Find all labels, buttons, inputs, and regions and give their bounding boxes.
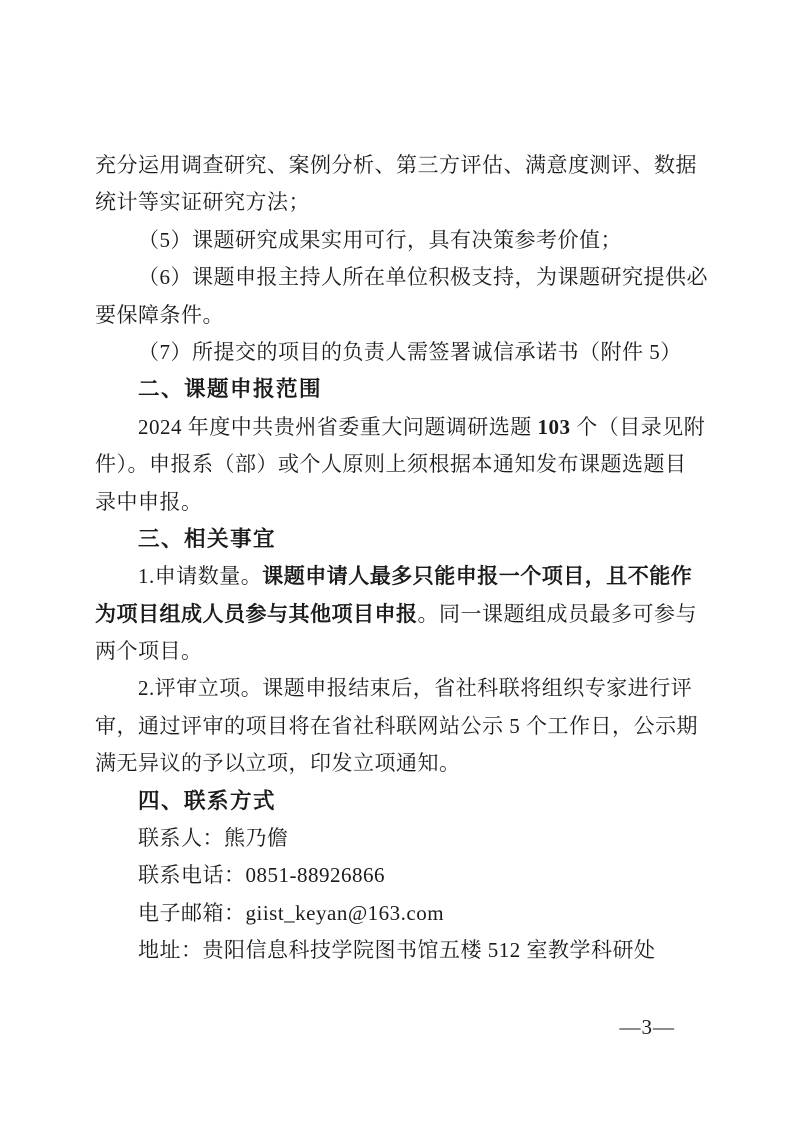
text-segment: 满无异议的予以立项，印发立项通知。 [95,751,461,775]
text-line: 为项目组成人员参与其他项目申报。同一课题组成员最多可参与 [95,596,710,633]
text-line: （7）所提交的项目的负责人需签署诚信承诺书（附件 5） [95,334,710,371]
text-line: 统计等实证研究方法； [95,184,710,221]
page-number: —3— [620,1014,676,1040]
text-segment: （6）课题申报主持人所在单位积极支持，为课题研究提供必 [138,265,708,289]
text-line: 充分运用调查研究、案例分析、第三方评估、满意度测评、数据 [95,147,710,184]
text-segment: 二、课题申报范围 [138,377,322,401]
section-heading: 二、课题申报范围 [95,371,710,408]
text-line: 地址：贵阳信息科技学院图书馆五楼 512 室教学科研处 [95,932,710,969]
text-line: 两个项目。 [95,633,710,670]
text-line: 审，通过评审的项目将在省社科联网站公示 5 个工作日，公示期 [95,708,710,745]
text-line: 1.申请数量。课题申请人最多只能申报一个项目，且不能作 [95,558,710,595]
text-segment: 要保障条件。 [95,303,224,327]
text-segment: 录中申报。 [95,490,203,514]
text-segment: 1.申请数量。 [138,564,262,588]
text-segment: 电子邮箱：giist_keyan@163.com [138,901,444,925]
text-segment: 为项目组成人员参与其他项目申报 [95,602,418,626]
text-segment: 审，通过评审的项目将在省社科联网站公示 5 个工作日，公示期 [95,714,698,738]
text-segment: 个（目录见附 [571,415,706,439]
section-heading: 三、相关事宜 [95,521,710,558]
text-segment: 件）。申报系（部）或个人原则上须根据本通知发布课题选题目 [95,452,687,476]
text-line: 满无异议的予以立项，印发立项通知。 [95,745,710,782]
text-segment: 三、相关事宜 [138,527,276,551]
text-segment: （5）课题研究成果实用可行，具有决策参考价值； [138,228,622,252]
text-line: 要保障条件。 [95,297,710,334]
text-line: 电子邮箱：giist_keyan@163.com [95,895,710,932]
text-segment: 联系人：熊乃儋 [138,826,289,850]
text-line: 件）。申报系（部）或个人原则上须根据本通知发布课题选题目 [95,446,710,483]
text-segment: 2024 年度中共贵州省委重大问题调研选题 [138,415,538,439]
text-line: 2024 年度中共贵州省委重大问题调研选题 103 个（目录见附 [95,409,710,446]
text-segment: （7）所提交的项目的负责人需签署诚信承诺书（附件 5） [138,340,682,364]
text-segment: 统计等实证研究方法； [95,190,310,214]
text-segment: 四、联系方式 [138,789,276,813]
document-page: 充分运用调查研究、案例分析、第三方评估、满意度测评、数据统计等实证研究方法；（5… [0,0,793,1122]
text-line: 联系人：熊乃儋 [95,820,710,857]
text-segment: 课题申请人最多只能申报一个项目，且不能作 [262,564,692,588]
text-segment: 联系电话：0851-88926866 [138,863,385,887]
text-line: 联系电话：0851-88926866 [95,857,710,894]
text-line: （6）课题申报主持人所在单位积极支持，为课题研究提供必 [95,259,710,296]
text-line: 2.评审立项。课题申报结束后，省社科联将组织专家进行评 [95,670,710,707]
text-segment: 充分运用调查研究、案例分析、第三方评估、满意度测评、数据 [95,153,697,177]
text-line: 录中申报。 [95,484,710,521]
section-heading: 四、联系方式 [95,783,710,820]
text-segment: 两个项目。 [95,639,203,663]
text-segment: 103 [538,415,571,439]
text-segment: 2.评审立项。课题申报结束后，省社科联将组织专家进行评 [138,676,692,700]
text-segment: 地址：贵阳信息科技学院图书馆五楼 512 室教学科研处 [138,938,656,962]
document-body: 充分运用调查研究、案例分析、第三方评估、满意度测评、数据统计等实证研究方法；（5… [95,147,710,970]
text-segment: 。同一课题组成员最多可参与 [418,602,698,626]
text-line: （5）课题研究成果实用可行，具有决策参考价值； [95,222,710,259]
